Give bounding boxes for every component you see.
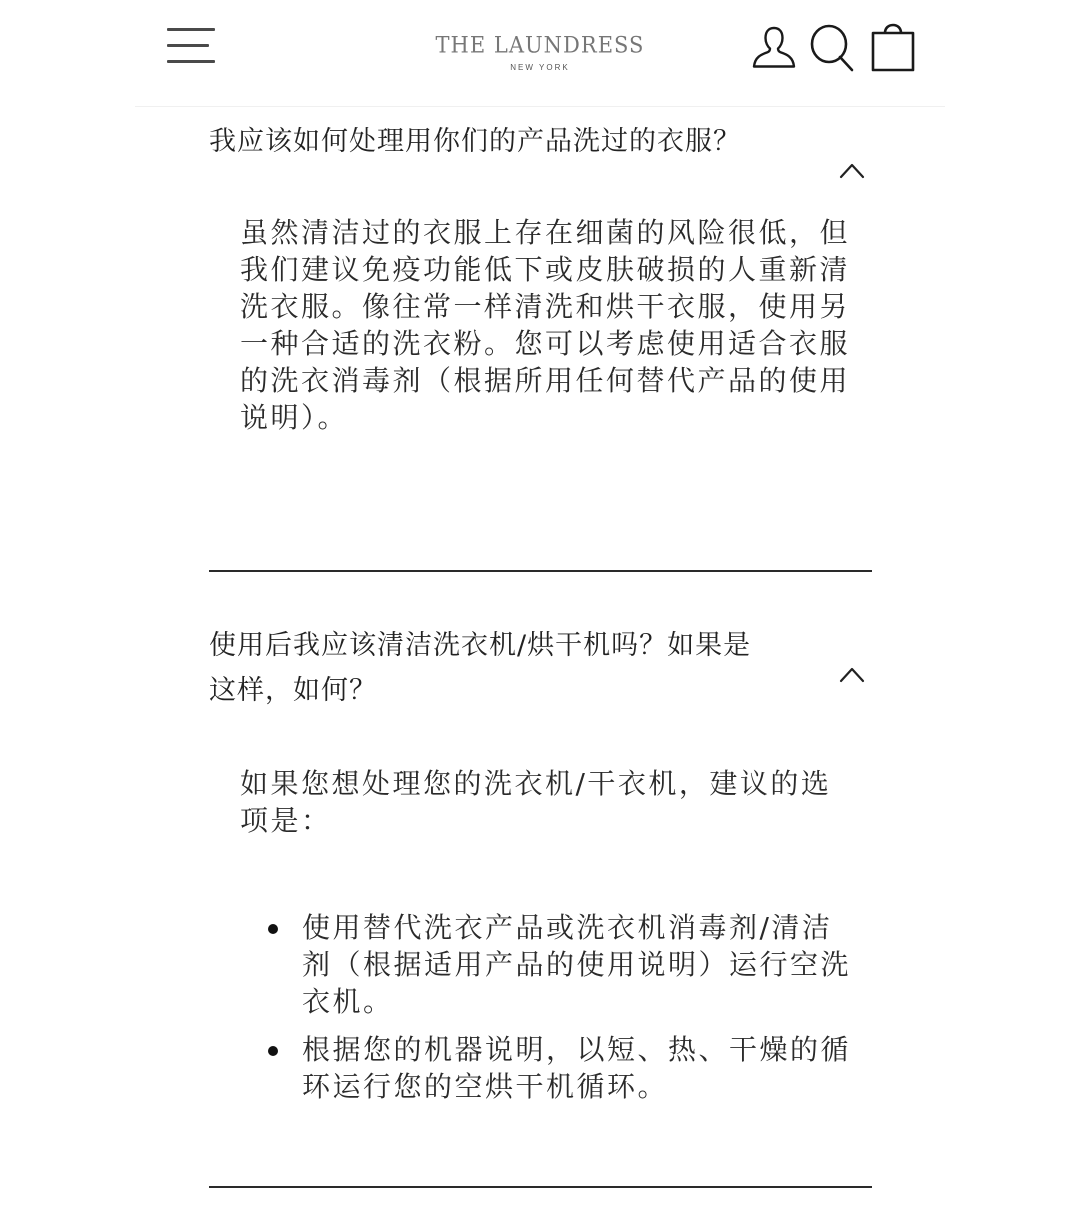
header-actions — [751, 22, 915, 74]
bullet-icon — [268, 1046, 278, 1056]
faq-answer-text: 虽然清洁过的衣服上存在细菌的风险很低，但我们建议免疫功能低下或皮肤破损的人重新清… — [240, 214, 860, 436]
list-item: 根据您的机器说明，以短、热、干燥的循环运行您的空烘干机循环。 — [262, 1031, 860, 1105]
shopping-bag-icon[interactable] — [871, 23, 915, 73]
faq-question-toggle[interactable]: 使用后我应该清洁洗衣机/烘干机吗？如果是这样，如何？ — [209, 623, 872, 713]
faq-answer-intro: 如果您想处理您的洗衣机/干衣机，建议的选项是： — [240, 765, 860, 839]
site-header: THE LAUNDRESS NEW YORK — [135, 0, 945, 107]
faq-answer: 如果您想处理您的洗衣机/干衣机，建议的选项是： 使用替代洗衣产品或洗衣机消毒剂/… — [240, 765, 860, 1105]
hamburger-menu-icon[interactable] — [165, 28, 215, 64]
list-item-text: 使用替代洗衣产品或洗衣机消毒剂/清洁剂（根据适用产品的使用说明）运行空洗衣机。 — [302, 911, 851, 1018]
list-item: 使用替代洗衣产品或洗衣机消毒剂/清洁剂（根据适用产品的使用说明）运行空洗衣机。 — [262, 909, 860, 1020]
faq-item-2: 使用后我应该清洁洗衣机/烘干机吗？如果是这样，如何？ 如果您想处理您的洗衣机/干… — [209, 623, 872, 1116]
logo-subtitle: NEW YORK — [425, 62, 655, 74]
list-item-text: 根据您的机器说明，以短、热、干燥的循环运行您的空烘干机循环。 — [302, 1033, 851, 1103]
faq-page: THE LAUNDRESS NEW YORK — [0, 0, 1080, 1216]
user-account-icon[interactable] — [751, 26, 797, 70]
faq-question-toggle[interactable]: 我应该如何处理用你们的产品洗过的衣服？ — [209, 119, 872, 164]
bullet-icon — [268, 924, 278, 934]
logo-title: THE LAUNDRESS — [425, 31, 655, 58]
menu-line — [167, 28, 215, 31]
search-icon[interactable] — [809, 24, 855, 72]
faq-question-text: 我应该如何处理用你们的产品洗过的衣服？ — [209, 119, 769, 164]
faq-item-1: 我应该如何处理用你们的产品洗过的衣服？ 虽然清洁过的衣服上存在细菌的风险很低，但… — [209, 119, 872, 436]
menu-line — [167, 44, 209, 47]
chevron-up-icon[interactable] — [838, 663, 866, 685]
faq-question-text: 使用后我应该清洁洗衣机/烘干机吗？如果是这样，如何？ — [209, 623, 769, 713]
faq-answer-list: 使用替代洗衣产品或洗衣机消毒剂/清洁剂（根据适用产品的使用说明）运行空洗衣机。 … — [262, 909, 860, 1105]
chevron-up-icon[interactable] — [838, 159, 866, 181]
brand-logo[interactable]: THE LAUNDRESS NEW YORK — [425, 32, 655, 74]
faq-answer: 虽然清洁过的衣服上存在细菌的风险很低，但我们建议免疫功能低下或皮肤破损的人重新清… — [240, 214, 860, 436]
faq-divider — [209, 570, 872, 572]
menu-line — [167, 60, 215, 63]
faq-divider — [209, 1186, 872, 1188]
